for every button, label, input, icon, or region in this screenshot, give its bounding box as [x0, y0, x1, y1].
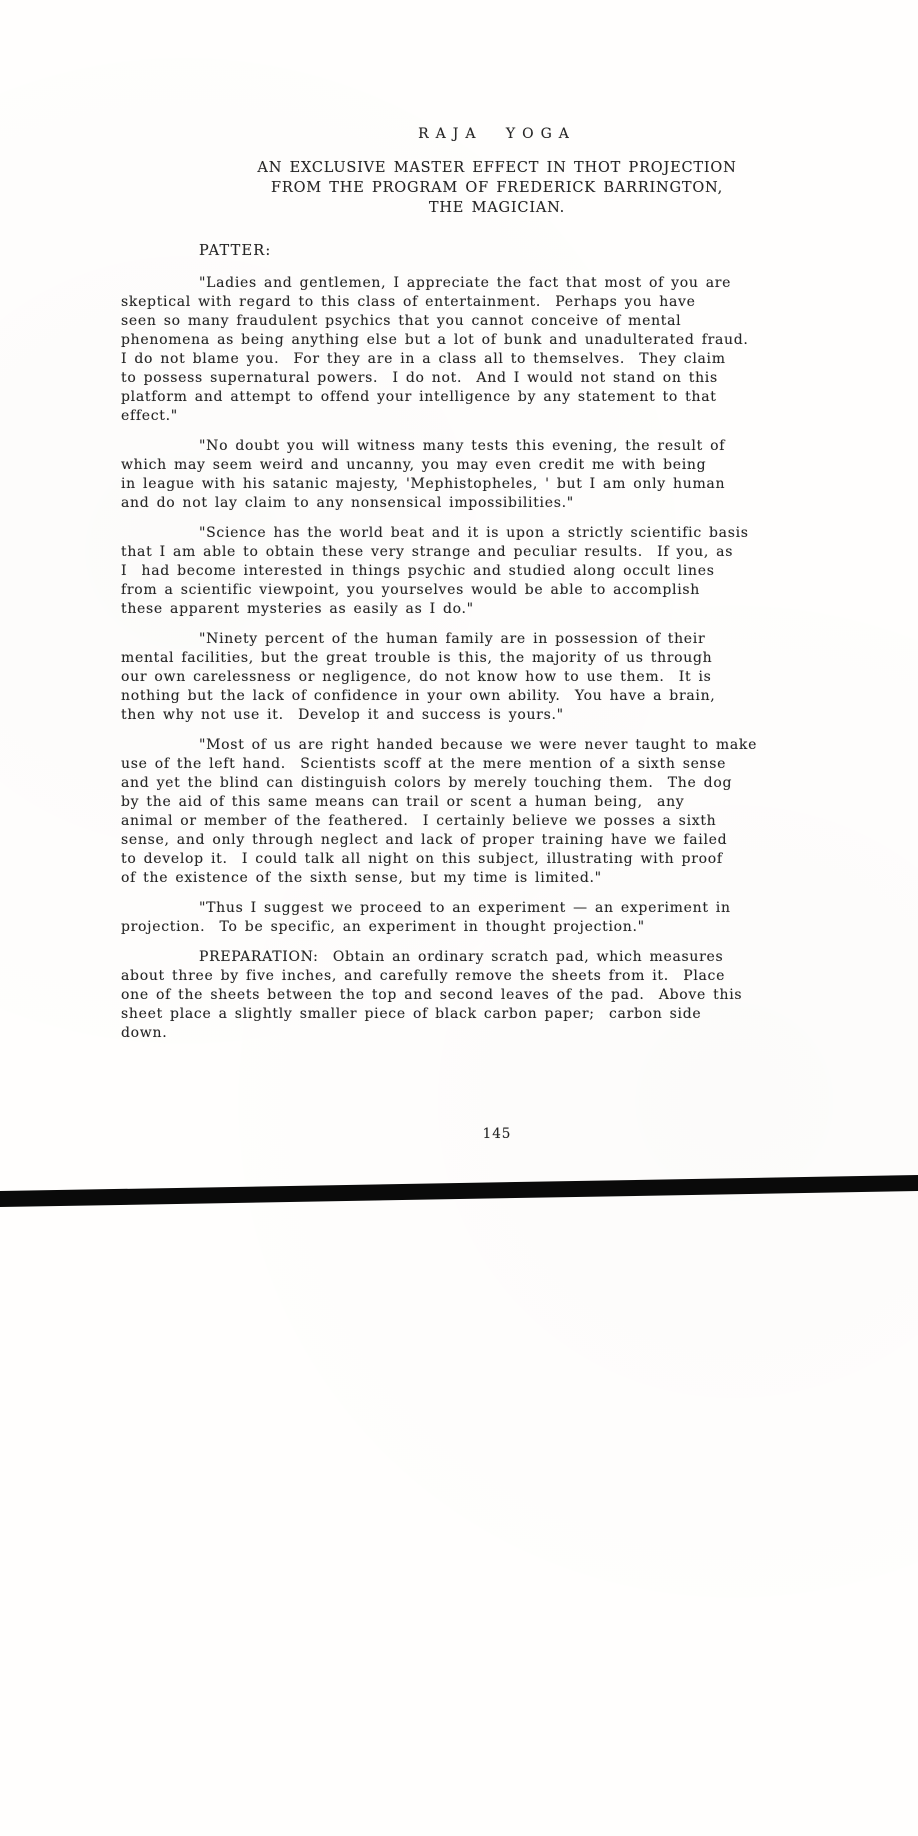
scanned-document-page: RAJA YOGA AN EXCLUSIVE MASTER EFFECT IN …: [0, 0, 918, 1836]
patter-paragraph-3: "Science has the world beat and it is up…: [121, 524, 813, 619]
preparation-paragraph: PREPARATION: Obtain an ordinary scratch …: [121, 948, 813, 1043]
patter-paragraph-1: "Ladies and gentlemen, I appreciate the …: [121, 274, 813, 426]
heading-line-3: THE MAGICIAN.: [76, 198, 918, 218]
document-heading: AN EXCLUSIVE MASTER EFFECT IN THOT PROJE…: [76, 158, 918, 218]
heading-line-2: FROM THE PROGRAM OF FREDERICK BARRINGTON…: [76, 178, 918, 198]
heading-line-1: AN EXCLUSIVE MASTER EFFECT IN THOT PROJE…: [76, 158, 918, 178]
patter-paragraph-2: "No doubt you will witness many tests th…: [121, 437, 813, 513]
patter-paragraph-6: "Thus I suggest we proceed to an experim…: [121, 899, 813, 937]
page-number: 145: [76, 1126, 918, 1142]
patter-section-label: PATTER:: [199, 243, 272, 259]
scan-artifact-bar: [0, 1175, 918, 1208]
patter-paragraph-4: "Ninety percent of the human family are …: [121, 630, 813, 725]
document-body: "Ladies and gentlemen, I appreciate the …: [121, 274, 813, 1054]
page-title: RAJA YOGA: [76, 126, 918, 142]
patter-paragraph-5: "Most of us are right handed because we …: [121, 736, 813, 888]
